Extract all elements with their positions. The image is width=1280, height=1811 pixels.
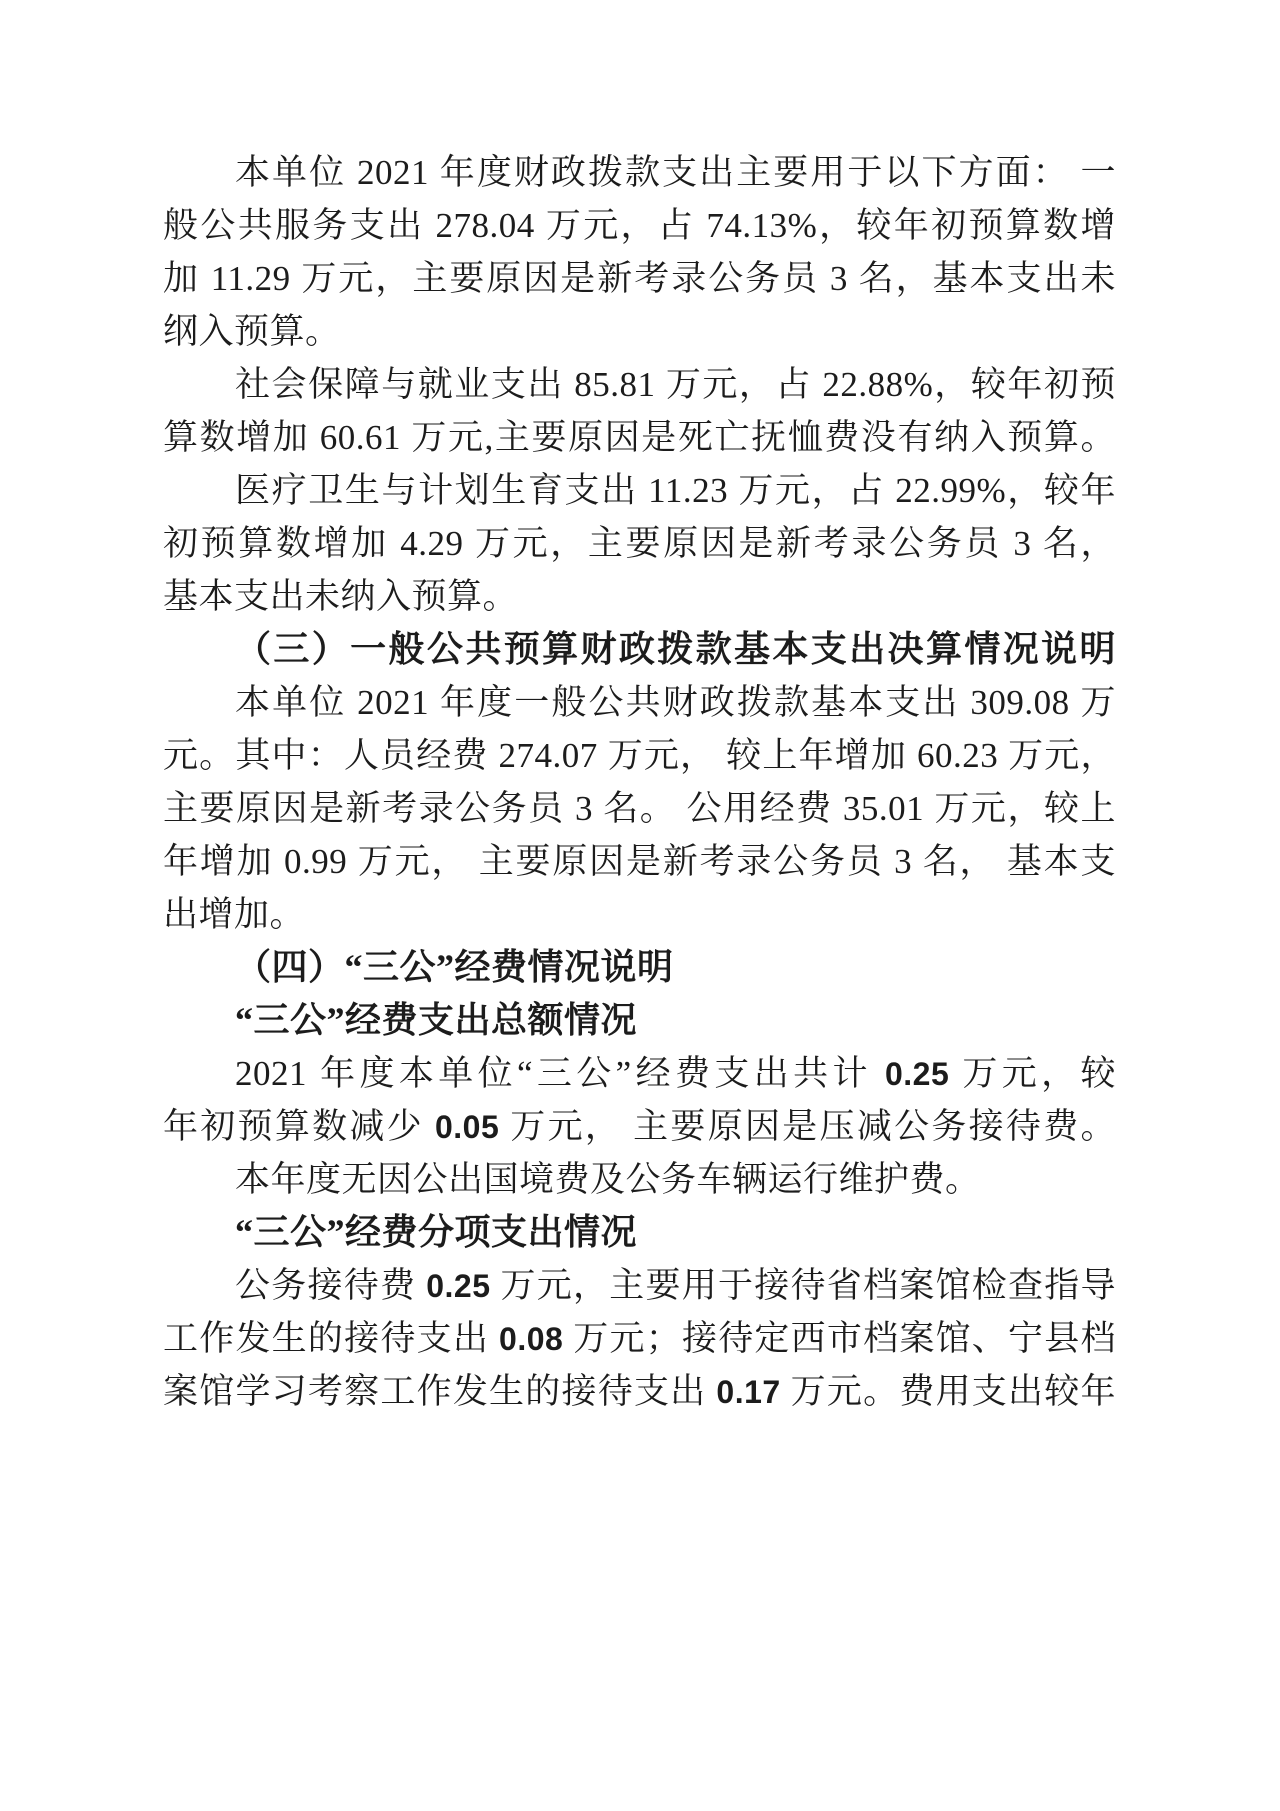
- body-text-line: 2021 年度本单位“三公”经费支出共计 0.25 万元，较: [163, 1047, 1116, 1100]
- text-segment: 基本支出未纳入预算。: [163, 577, 518, 616]
- text-segment: 案馆学习考察工作发生的接待支出: [163, 1372, 716, 1411]
- text-segment: （三）一般公共预算财政拨款基本支出决算情况说明: [235, 629, 1116, 669]
- body-text-line: 初预算数增加 4.29 万元，主要原因是新考录公务员 3 名，: [163, 517, 1116, 570]
- text-segment: 主要原因是新考录公务员 3 名。 公用经费 35.01 万元，较上: [163, 789, 1116, 828]
- body-text-line: 本单位 2021 年度一般公共财政拨款基本支出 309.08 万: [163, 676, 1116, 729]
- bold-number: 0.25: [426, 1268, 490, 1304]
- text-segment: 本年度无因公出国境费及公务车辆运行维护费。: [235, 1160, 981, 1199]
- body-text-line: 案馆学习考察工作发生的接待支出 0.17 万元。费用支出较年: [163, 1365, 1116, 1418]
- text-segment: 工作发生的接待支出: [163, 1319, 499, 1358]
- body-text-line: 公务接待费 0.25 万元，主要用于接待省档案馆检查指导: [163, 1259, 1116, 1312]
- body-text-line: 本单位 2021 年度财政拨款支出主要用于以下方面： 一: [163, 146, 1116, 199]
- text-segment: 万元。费用支出较年: [781, 1372, 1116, 1411]
- body-text-line: 基本支出未纳入预算。: [163, 570, 1116, 623]
- text-segment: 万元， 主要原因是压减公务接待费。: [499, 1107, 1116, 1146]
- body-text-line: 般公共服务支出 278.04 万元，占 74.13%，较年初预算数增: [163, 199, 1116, 252]
- text-segment: 般公共服务支出 278.04 万元，占 74.13%，较年初预算数增: [163, 206, 1116, 245]
- body-text-line: 年初预算数减少 0.05 万元， 主要原因是压减公务接待费。: [163, 1100, 1116, 1153]
- text-segment: 加 11.29 万元，主要原因是新考录公务员 3 名，基本支出未: [163, 259, 1116, 298]
- document-page: 本单位 2021 年度财政拨款支出主要用于以下方面： 一般公共服务支出 278.…: [0, 0, 1280, 1811]
- body-text-line: 纲入预算。: [163, 305, 1116, 358]
- text-segment: 公务接待费: [235, 1266, 426, 1305]
- body-text-line: 医疗卫生与计划生育支出 11.23 万元，占 22.99%，较年: [163, 464, 1116, 517]
- text-segment: 本单位 2021 年度财政拨款支出主要用于以下方面： 一: [235, 153, 1116, 192]
- text-segment: 出增加。: [163, 895, 305, 934]
- heading-line: “三公”经费支出总额情况: [163, 994, 1116, 1047]
- text-segment: 2021 年度本单位“三公”经费支出共计: [235, 1054, 885, 1093]
- bold-number: 0.05: [435, 1109, 499, 1145]
- text-segment: 万元；接待定西市档案馆、宁县档: [563, 1319, 1116, 1358]
- body-text-line: 工作发生的接待支出 0.08 万元；接待定西市档案馆、宁县档: [163, 1312, 1116, 1365]
- text-segment: 万元，较: [949, 1054, 1116, 1093]
- body-text-line: 本年度无因公出国境费及公务车辆运行维护费。: [163, 1153, 1116, 1206]
- bold-number: 0.08: [499, 1321, 563, 1357]
- body-text-line: 算数增加 60.61 万元,主要原因是死亡抚恤费没有纳入预算。: [163, 411, 1116, 464]
- text-segment: 医疗卫生与计划生育支出 11.23 万元，占 22.99%，较年: [235, 471, 1116, 510]
- heading-line: “三公”经费分项支出情况: [163, 1206, 1116, 1259]
- text-segment: 年初预算数减少: [163, 1107, 435, 1146]
- text-segment: 年增加 0.99 万元， 主要原因是新考录公务员 3 名， 基本支: [163, 842, 1116, 881]
- body-text-line: 出增加。: [163, 888, 1116, 941]
- text-segment: 社会保障与就业支出 85.81 万元，占 22.88%，较年初预: [235, 365, 1116, 404]
- text-segment: 初预算数增加 4.29 万元，主要原因是新考录公务员 3 名，: [163, 524, 1116, 563]
- body-text-line: 社会保障与就业支出 85.81 万元，占 22.88%，较年初预: [163, 358, 1116, 411]
- body-text-line: 主要原因是新考录公务员 3 名。 公用经费 35.01 万元，较上: [163, 782, 1116, 835]
- body-text-line: 年增加 0.99 万元， 主要原因是新考录公务员 3 名， 基本支: [163, 835, 1116, 888]
- body-text-line: 加 11.29 万元，主要原因是新考录公务员 3 名，基本支出未: [163, 252, 1116, 305]
- bold-number: 0.25: [885, 1056, 949, 1092]
- text-segment: 本单位 2021 年度一般公共财政拨款基本支出 309.08 万: [235, 683, 1116, 722]
- text-segment: 万元，主要用于接待省档案馆检查指导: [491, 1266, 1116, 1305]
- text-segment: “三公”经费支出总额情况: [235, 1000, 637, 1040]
- text-segment: “三公”经费分项支出情况: [235, 1212, 637, 1252]
- document-content: 本单位 2021 年度财政拨款支出主要用于以下方面： 一般公共服务支出 278.…: [163, 146, 1116, 1418]
- bold-number: 0.17: [716, 1374, 780, 1410]
- text-segment: 算数增加 60.61 万元,主要原因是死亡抚恤费没有纳入预算。: [163, 418, 1116, 457]
- body-text-line: 元。其中：人员经费 274.07 万元， 较上年增加 60.23 万元，: [163, 729, 1116, 782]
- text-segment: （四）“三公”经费情况说明: [235, 947, 674, 987]
- text-segment: 纲入预算。: [163, 312, 341, 351]
- heading-line: （四）“三公”经费情况说明: [163, 941, 1116, 994]
- text-segment: 元。其中：人员经费 274.07 万元， 较上年增加 60.23 万元，: [163, 736, 1116, 775]
- heading-line: （三）一般公共预算财政拨款基本支出决算情况说明: [163, 623, 1116, 676]
